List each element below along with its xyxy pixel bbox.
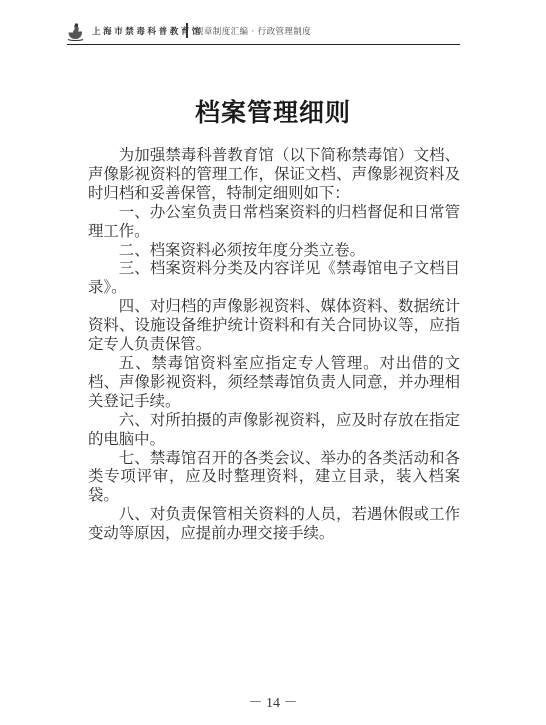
- paragraph-item-8: 八、对负责保管相关资料的人员，若遇休假或工作变动等原因，应提前办理交接手续。: [88, 505, 460, 543]
- paragraph-item-5: 五、禁毒馆资料室应指定专人管理。对出借的文档、声像影视资料，须经禁毒馆负责人同意…: [88, 354, 460, 411]
- paragraph-intro: 为加强禁毒科普教育馆（以下简称禁毒馆）文档、声像影视资料的管理工作，保证文档、声…: [88, 146, 460, 203]
- section-label: 规章制度汇编 · 行政管理制度: [195, 25, 311, 37]
- page-number: － 14 －: [0, 692, 546, 712]
- paragraph-item-2: 二、档案资料必须按年度分类立卷。: [88, 241, 460, 260]
- header-rule: [67, 44, 460, 45]
- paragraph-item-6: 六、对所拍摄的声像影视资料，应及时存放在指定的电脑中。: [88, 411, 460, 449]
- museum-logo-icon: [67, 22, 84, 41]
- document-title: 档案管理细则: [0, 93, 546, 129]
- header-divider: [186, 23, 188, 38]
- page-header: 上海市禁毒科普教育馆 规章制度汇编 · 行政管理制度: [67, 20, 460, 45]
- paragraph-item-3: 三、档案资料分类及内容详见《禁毒馆电子文档目录》。: [88, 259, 460, 297]
- paragraph-item-1: 一、办公室负责日常档案资料的归档督促和日常管理工作。: [88, 203, 460, 241]
- paragraph-item-4: 四、对归档的声像影视资料、媒体资料、数据统计资料、设施设备维护统计资料和有关合同…: [88, 297, 460, 354]
- document-body: 为加强禁毒科普教育馆（以下简称禁毒馆）文档、声像影视资料的管理工作，保证文档、声…: [88, 146, 460, 543]
- paragraph-item-7: 七、禁毒馆召开的各类会议、举办的各类活动和各类专项评审，应及时整理资料，建立目录…: [88, 449, 460, 506]
